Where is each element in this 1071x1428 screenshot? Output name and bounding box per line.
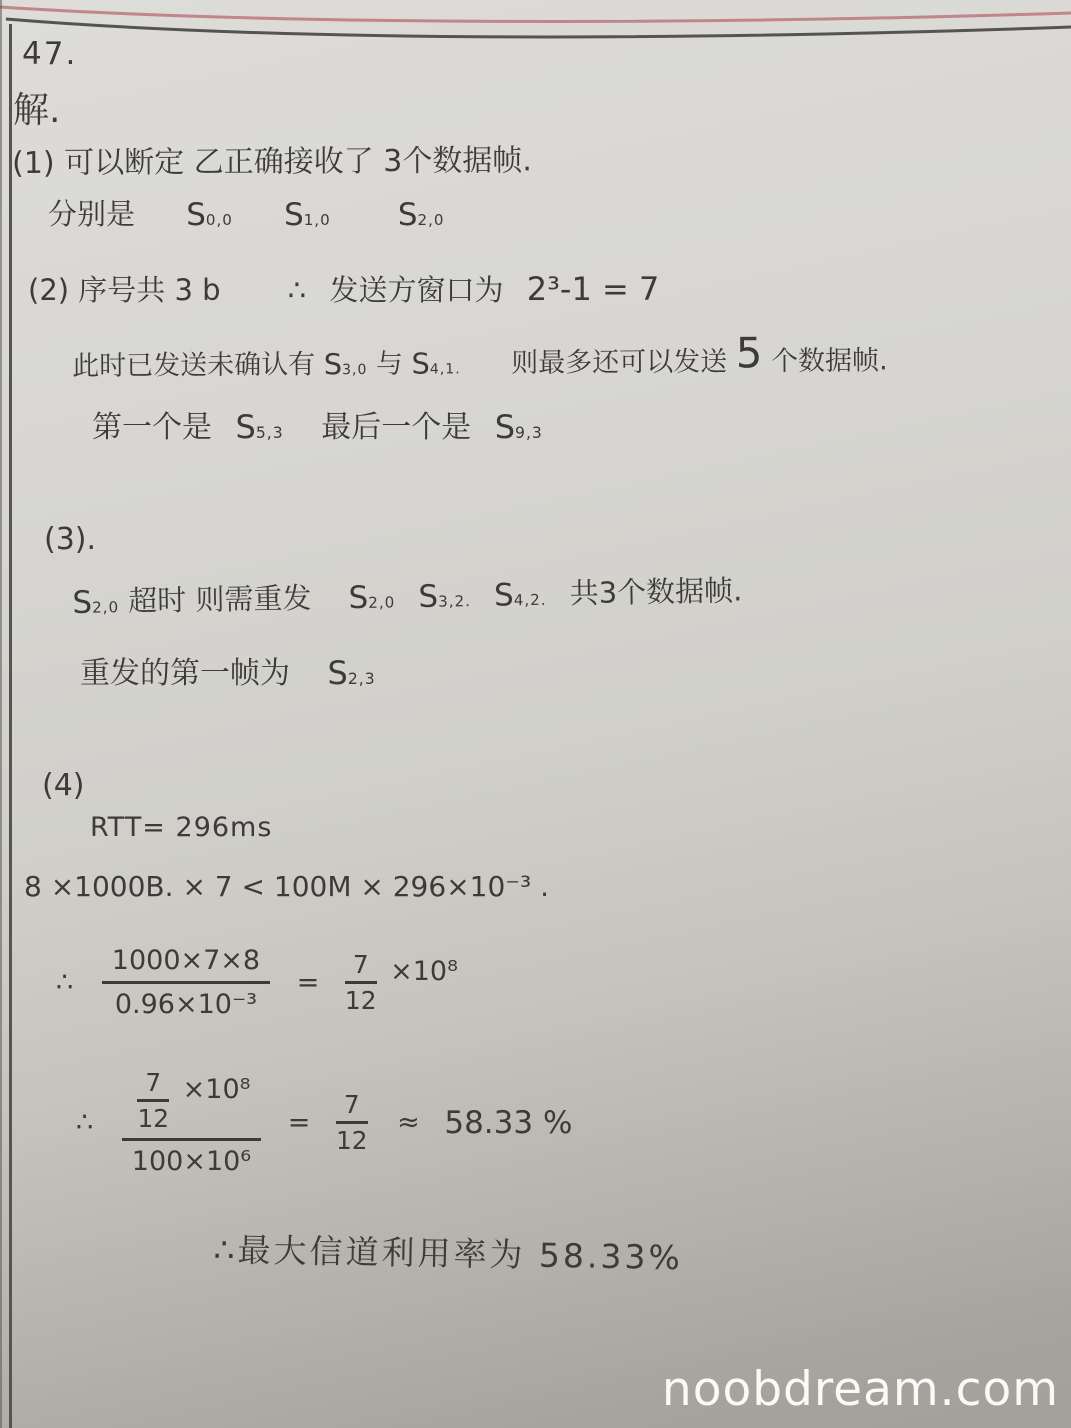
fraction-2: 7 12 ×10⁸ 100×10⁶ — [122, 1068, 261, 1177]
equation-2: ∴ 7 12 ×10⁸ 100×10⁶ = 7 12 ≈ 58.33 % — [76, 1068, 572, 1177]
red-margin-line — [0, 7, 1071, 21]
part2-remain-text: 则最多还可以发送 — [511, 346, 727, 379]
part3-first-resend-text: 重发的第一帧为 — [80, 656, 290, 691]
paper-left-edge — [0, 0, 2, 1428]
part2-range-line: 第一个是 S5,3 最后一个是 S9,3 — [92, 402, 543, 446]
frame-label-r2: S3,2. — [418, 578, 471, 615]
fraction-2-num-multiplier: ×10⁸ — [183, 1074, 251, 1105]
equation-1: ∴ 1000×7×8 0.96×10⁻³ = 7 12 ×10⁸ — [56, 945, 458, 1020]
part2-remain-count: 5 — [736, 328, 763, 377]
therefore-symbol: ∴ — [76, 1107, 93, 1138]
fraction-2-num-den: 12 — [137, 1102, 169, 1133]
frame-label-s10: S1,0 — [284, 197, 331, 233]
conclusion-line: ∴最大信道利用率为 58.33% — [213, 1224, 683, 1279]
watermark: noobdream.com — [662, 1362, 1059, 1417]
result-1-fraction: 7 12 — [345, 950, 377, 1015]
part3-first-resend-line: 重发的第一帧为 S2,3 — [80, 648, 376, 692]
fraction-1-denominator: 0.96×10⁻³ — [102, 981, 270, 1020]
part2-sent-text: 此时已发送未确认有 — [72, 349, 315, 382]
frame-label-s93: S9,3 — [495, 408, 543, 446]
part2-first-text: 第一个是 — [92, 410, 212, 445]
frame-label-s23: S2,3 — [328, 654, 376, 692]
result-1-denominator: 12 — [345, 984, 377, 1015]
part1-intro: 分别是 — [48, 197, 135, 231]
solution-marker: 解. — [13, 82, 60, 133]
approx-symbol: ≈ — [397, 1107, 420, 1138]
therefore-symbol: ∴ — [288, 273, 306, 307]
frame-label-s20: S2,0 — [398, 197, 445, 233]
part2-head: (2) 序号共 3 b — [28, 273, 221, 307]
box-left-line — [9, 24, 12, 1428]
part1-frames-line: 分别是 S0,0 S1,0 S2,0 — [48, 192, 445, 233]
notebook-page: 47. 解. (1) 可以断定 乙正确接收了 3个数据帧. 分别是 S0,0 S… — [0, 0, 1071, 1428]
result-2-fraction: 7 12 — [336, 1090, 368, 1155]
frame-label-r3: S4,2. — [494, 577, 547, 614]
fraction-2-numerator: 7 12 ×10⁸ — [122, 1068, 261, 1138]
result-1-multiplier: ×10⁸ — [390, 956, 458, 987]
fraction-2-numerator-fraction: 7 12 — [137, 1068, 169, 1133]
result-2-denominator: 12 — [336, 1124, 368, 1155]
part4-head: (4) — [42, 768, 85, 803]
equals-sign: = — [297, 967, 320, 998]
inequality-line: 8 ×1000B. × 7 < 100M × 296×10⁻³ . — [24, 870, 549, 903]
part2-remain-unit: 个数据帧. — [771, 345, 888, 377]
result-2-numerator: 7 — [336, 1090, 368, 1124]
page-top-edge — [0, 0, 1071, 60]
frame-label-s53: S5,3 — [236, 408, 284, 446]
part2-last-text: 最后一个是 — [321, 410, 471, 445]
therefore-symbol: ∴ — [56, 967, 73, 998]
rtt-value: RTT= 296ms — [90, 812, 272, 843]
fraction-2-num-num: 7 — [137, 1068, 169, 1102]
part3-resend-text: 超时 则需重发 — [128, 581, 312, 618]
problem-number: 47. — [22, 36, 77, 72]
part3-resend-line: S2,0 超时 则需重发 S2,0 S3,2. S4,2. 共3个数据帧. — [72, 568, 743, 621]
frame-label-timeout: S2,0 — [72, 584, 119, 621]
part1-statement: (1) 可以断定 乙正确接收了 3个数据帧. — [12, 135, 532, 182]
window-formula: 2³-1 = 7 — [527, 270, 660, 308]
part2-sent-line: 此时已发送未确认有 S3,0 与 S4,1. 则最多还可以发送 5 个数据帧. — [72, 330, 888, 385]
part3-total-text: 共3个数据帧. — [569, 573, 742, 610]
frame-label-s30: S3,0 — [324, 347, 368, 381]
frame-label-s00: S0,0 — [186, 197, 233, 233]
frame-label-s41: S4,1. — [411, 346, 460, 380]
fraction-2-denominator: 100×10⁶ — [122, 1138, 261, 1177]
part3-head: (3). — [44, 522, 96, 557]
part2-and-text: 与 — [376, 349, 403, 380]
result-1-numerator: 7 — [345, 950, 377, 984]
equals-sign: = — [288, 1107, 311, 1138]
fraction-1: 1000×7×8 0.96×10⁻³ — [102, 945, 270, 1020]
fraction-1-numerator: 1000×7×8 — [102, 945, 270, 981]
result-2-value: 58.33 % — [444, 1105, 572, 1141]
part2-header-line: (2) 序号共 3 b ∴ 发送方窗口为 2³-1 = 7 — [28, 268, 659, 309]
part2-window-text: 发送方窗口为 — [329, 273, 503, 307]
frame-label-r1: S2,0 — [348, 580, 395, 617]
